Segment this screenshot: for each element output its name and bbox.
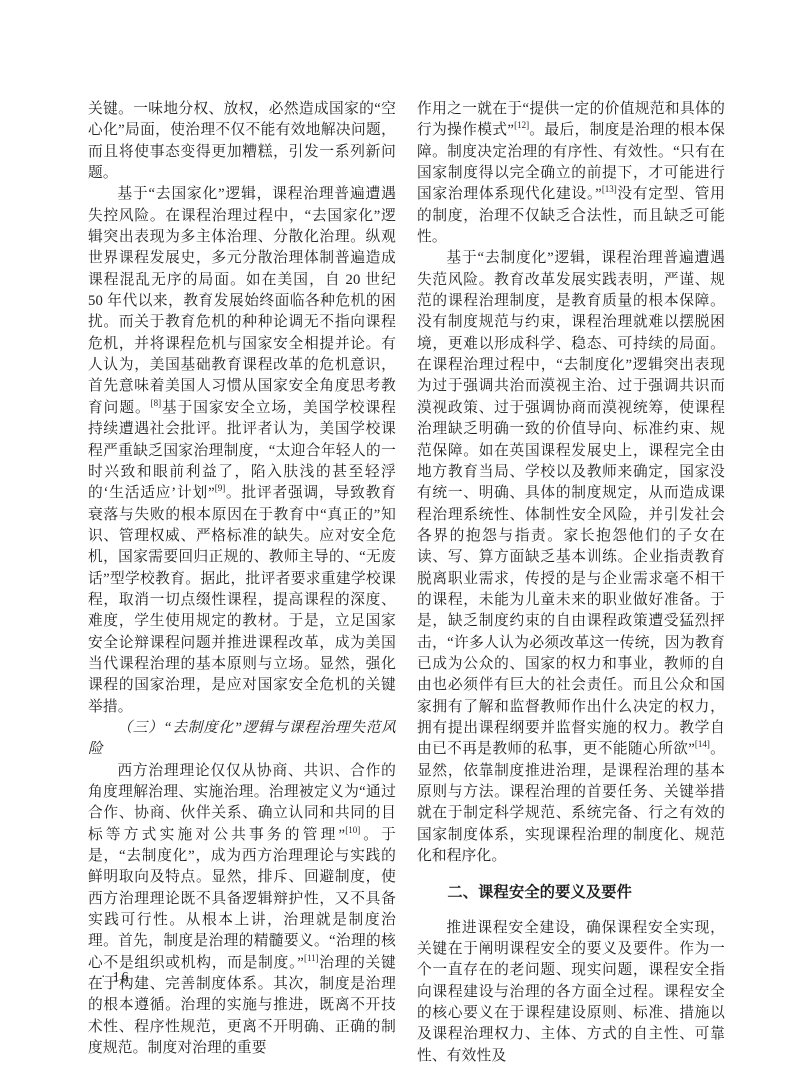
subsection-heading: （三）“去制度化”逻辑与课程治理失范风险	[88, 718, 396, 761]
section-heading: 二、课程安全的要义及要件	[417, 867, 725, 917]
left-column: 关键。一味地分权、放权，必然造成国家的“空心化”局面，使治理不仅不能有效地解决问…	[88, 99, 396, 1067]
paragraph: 西方治理理论仅仅从协商、共识、合作的角度理解治理、实施治理。治理被定义为“通过合…	[88, 761, 396, 1060]
page-number: · 16 ·	[101, 969, 142, 985]
paragraph: 关键。一味地分权、放权，必然造成国家的“空心化”局面，使治理不仅不能有效地解决问…	[88, 99, 396, 184]
paragraph: 作用之一就在于“提供一定的价值规范和具体的行为操作模式”[12]。最后，制度是治…	[417, 99, 725, 248]
paper-page: 关键。一味地分权、放权，必然造成国家的“空心化”局面，使治理不仅不能有效地解决问…	[0, 0, 800, 1077]
paragraph: 基于“去国家化”逻辑，课程治理普遍遭遇失控风险。在课程治理过程中，“去国家化”逻…	[88, 184, 396, 718]
right-column: 作用之一就在于“提供一定的价值规范和具体的行为操作模式”[12]。最后，制度是治…	[417, 99, 725, 1067]
two-column-text-area: 关键。一味地分权、放权，必然造成国家的“空心化”局面，使治理不仅不能有效地解决问…	[88, 99, 725, 1067]
paragraph: 基于“去制度化”逻辑，课程治理普遍遭遇失范风险。教育改革发展实践表明，严谨、规范…	[417, 248, 725, 867]
paragraph: 推进课程安全建设，确保课程安全实现，关键在于阐明课程安全的要义及要件。作为一个一…	[417, 918, 725, 1067]
